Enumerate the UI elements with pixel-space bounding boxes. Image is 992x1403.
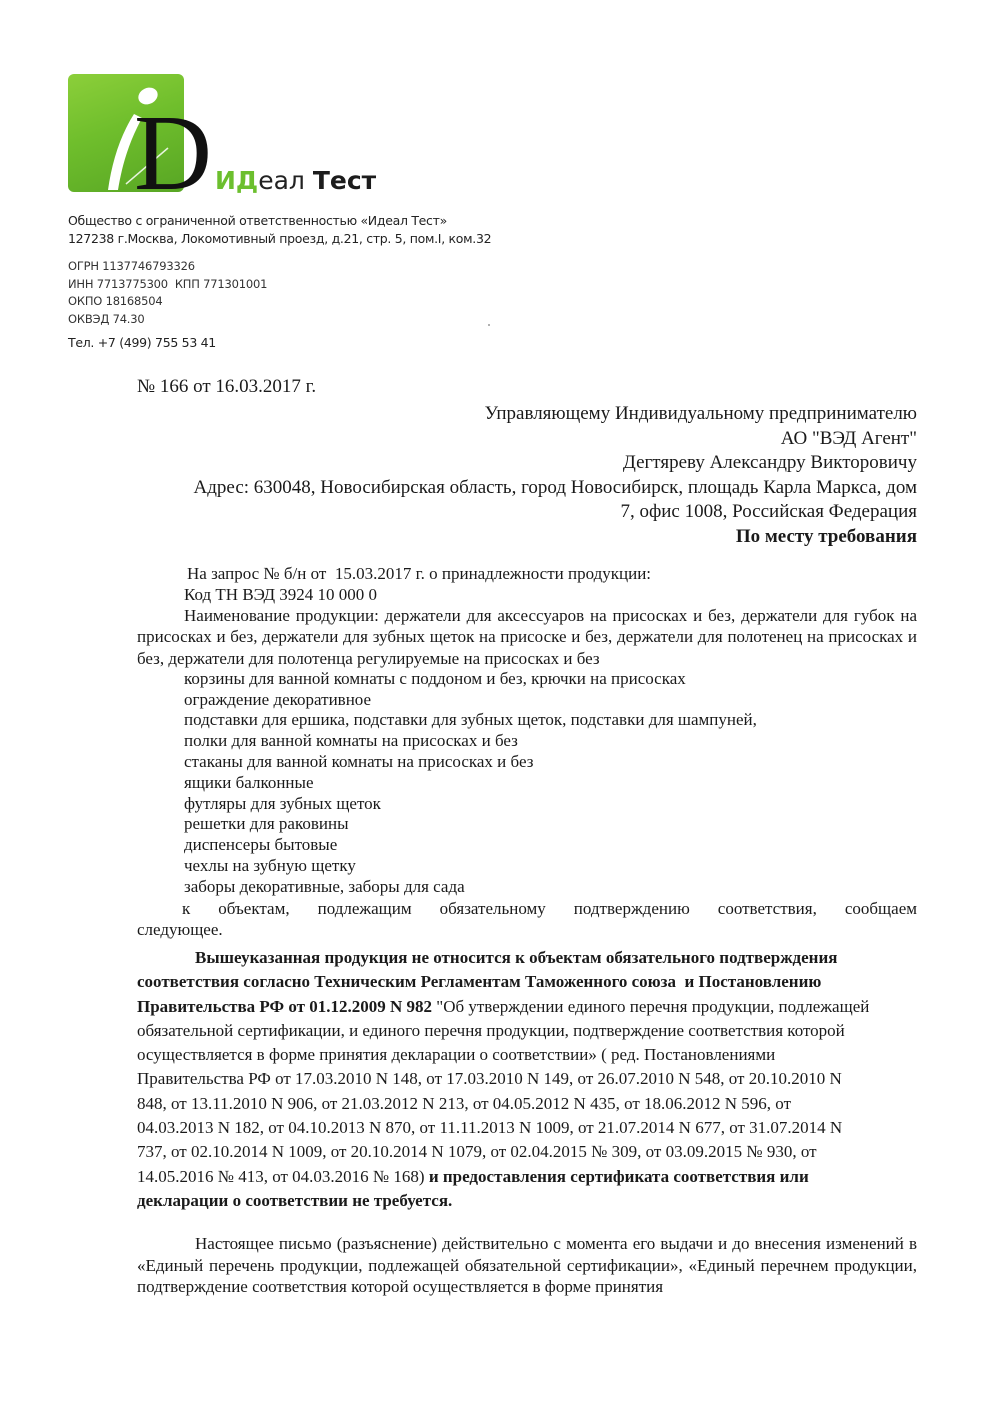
conclusion-line: осуществляется в форме принятия декларац… xyxy=(137,1043,917,1067)
addressee-destination: По месту требования xyxy=(140,525,917,550)
conclusion-line: декларации о соответствии не требуется. xyxy=(137,1189,917,1213)
conclusion-line: соответствия согласно Техническим Реглам… xyxy=(137,970,917,994)
request-line: На запрос № б/н от 15.03.2017 г. о прина… xyxy=(137,563,917,584)
product-item: подставки для ершика, подставки для зубн… xyxy=(184,710,917,731)
conclusion-line: обязательной сертификации, и единого пер… xyxy=(137,1019,917,1043)
company-header: Общество с ограниченной ответственностью… xyxy=(68,212,491,248)
product-item: диспенсеры бытовые xyxy=(184,835,917,856)
conclusion-line: 737, от 02.10.2014 N 1009, от 20.10.2014… xyxy=(137,1140,917,1164)
logo-letter-d: D xyxy=(134,112,210,196)
product-item: чехлы на зубную щетку xyxy=(184,856,917,877)
addressee-address: Адрес: 630048, Новосибирская область, го… xyxy=(140,476,917,501)
conclusion-paragraph: Вышеуказанная продукция не относится к о… xyxy=(137,946,917,1213)
addressee-block: Управляющему Индивидуальному предпринима… xyxy=(140,402,917,549)
product-item: полки для ванной комнаты на присосках и … xyxy=(184,731,917,752)
conclusion-bold: Правительства РФ от 01.12.2009 N 982 xyxy=(137,997,432,1016)
logo-wordmark: ИДеал Тест xyxy=(215,166,376,196)
company-registration: ОГРН 1137746793326 ИНН 7713775300 КПП 77… xyxy=(68,258,267,328)
objects-line: к объектам, подлежащим обязательному под… xyxy=(137,898,917,919)
addressee-line: Управляющему Индивидуальному предпринима… xyxy=(140,402,917,427)
conclusion-regular: "Об утверждении единого перечня продукци… xyxy=(432,997,869,1016)
conclusion-bold: и предоставления сертификата соответстви… xyxy=(425,1167,809,1186)
product-name: Наименование продукции: держатели для ак… xyxy=(137,605,917,669)
product-item: стаканы для ванной комнаты на присосках … xyxy=(184,752,917,773)
company-okpo: ОКПО 18168504 xyxy=(68,293,267,311)
product-item: ящики балконные xyxy=(184,773,917,794)
company-inn-kpp: ИНН 7713775300 КПП 771301001 xyxy=(68,276,267,294)
product-item: заборы декоративные, заборы для сада xyxy=(184,877,917,898)
logo-word-rest: еал xyxy=(258,166,305,195)
company-okved: ОКВЭД 74.30 xyxy=(68,311,267,329)
objects-line-end: следующее. xyxy=(137,919,917,940)
addressee-address: 7, офис 1008, Российская Федерация xyxy=(140,500,917,525)
logo-word-green: ИД xyxy=(215,166,258,195)
customs-code: Код ТН ВЭД 3924 10 000 0 xyxy=(137,584,917,605)
product-item: решетки для раковины xyxy=(184,814,917,835)
company-phone: Тел. +7 (499) 755 53 41 xyxy=(68,334,216,352)
product-item: футляры для зубных щеток xyxy=(184,794,917,815)
product-list: корзины для ванной комнаты с поддоном и … xyxy=(137,669,917,898)
company-logo: D ИДеал Тест xyxy=(68,74,398,199)
conclusion-line: Вышеуказанная продукция не относится к о… xyxy=(137,946,917,970)
conclusion-line: 14.05.2016 № 413, от 04.03.2016 № 168) и… xyxy=(137,1165,917,1189)
product-item: ограждение декоративное xyxy=(184,690,917,711)
company-address: 127238 г.Москва, Локомотивный проезд, д.… xyxy=(68,230,491,248)
conclusion-line: 04.03.2013 N 182, от 04.10.2013 N 870, о… xyxy=(137,1116,917,1140)
scan-speck xyxy=(488,324,490,326)
addressee-line: Дегтяреву Александру Викторовичу xyxy=(140,451,917,476)
letter-body: На запрос № б/н от 15.03.2017 г. о прина… xyxy=(137,563,917,940)
conclusion-line: 848, от 13.11.2010 N 906, от 21.03.2012 … xyxy=(137,1092,917,1116)
letter-number: № 166 от 16.03.2017 г. xyxy=(137,375,316,399)
conclusion-line: Правительства РФ от 01.12.2009 N 982 "Об… xyxy=(137,995,917,1019)
addressee-line: АО "ВЭД Агент" xyxy=(140,427,917,452)
conclusion-line: Правительства РФ от 17.03.2010 N 148, от… xyxy=(137,1067,917,1091)
validity-paragraph: Настоящее письмо (разъяснение) действите… xyxy=(137,1233,917,1298)
product-item: корзины для ванной комнаты с поддоном и … xyxy=(184,669,917,690)
company-ogrn: ОГРН 1137746793326 xyxy=(68,258,267,276)
company-name: Общество с ограниченной ответственностью… xyxy=(68,212,491,230)
logo-word-bold: Тест xyxy=(313,166,376,195)
conclusion-regular: 14.05.2016 № 413, от 04.03.2016 № 168) xyxy=(137,1167,425,1186)
